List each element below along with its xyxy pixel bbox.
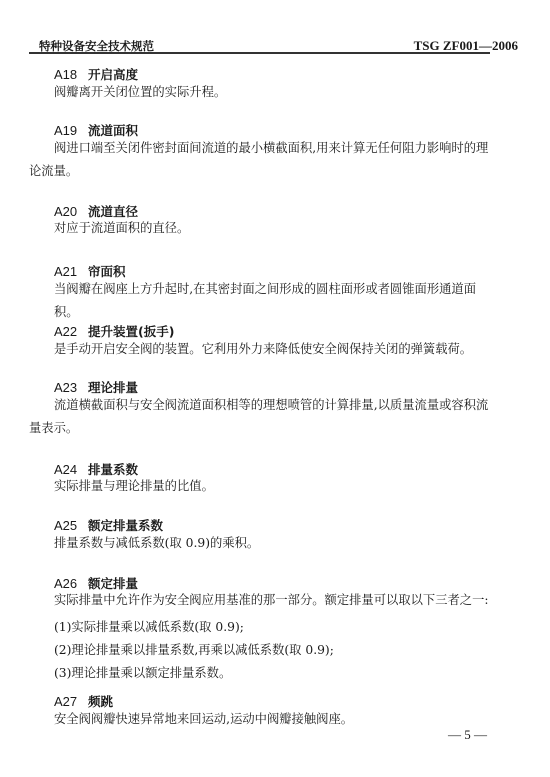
section-body-a21: 当阀瓣在阀座上方升起时,在其密封面之间形成的圆柱面形或者圆锥面形通道面积。 — [54, 278, 490, 324]
section-body-a19: 阀进口端至关闭件密封面间流道的最小横截面积,用来计算无任何阻力影响时的理论流量。 — [29, 137, 490, 183]
section-body-a24: 实际排量与理论排量的比值。 — [54, 475, 490, 498]
section-body-a18: 阀瓣离开关闭位置的实际升程。 — [54, 81, 490, 104]
section-body-a23: 流道横截面积与安全阀流道面积相等的理想喷管的计算排量,以质量流量或容积流量表示。 — [29, 394, 490, 440]
list-item: (2)理论排量乘以排量系数,再乘以减低系数(取 0.9); — [54, 640, 334, 658]
section-body-a22: 是手动开启安全阀的装置。它利用外力来降低使安全阀保持关闭的弹簧载荷。 — [54, 338, 490, 361]
page-number: — 5 — — [448, 727, 487, 743]
list-item: (1)实际排量乘以减低系数(取 0.9); — [54, 617, 244, 635]
section-body-a27: 安全阀阀瓣快速异常地来回运动,运动中阀瓣接触阀座。 — [54, 708, 490, 731]
section-body-a20: 对应于流道面积的直径。 — [54, 217, 490, 240]
header-rule — [29, 52, 490, 54]
list-item: (3)理论排量乘以额定排量系数。 — [54, 663, 231, 681]
section-body-a26: 实际排量中允许作为安全阀应用基准的那一部分。额定排量可以取以下三者之一: — [54, 589, 490, 612]
section-body-a25: 排量系数与减低系数(取 0.9)的乘积。 — [54, 532, 490, 555]
